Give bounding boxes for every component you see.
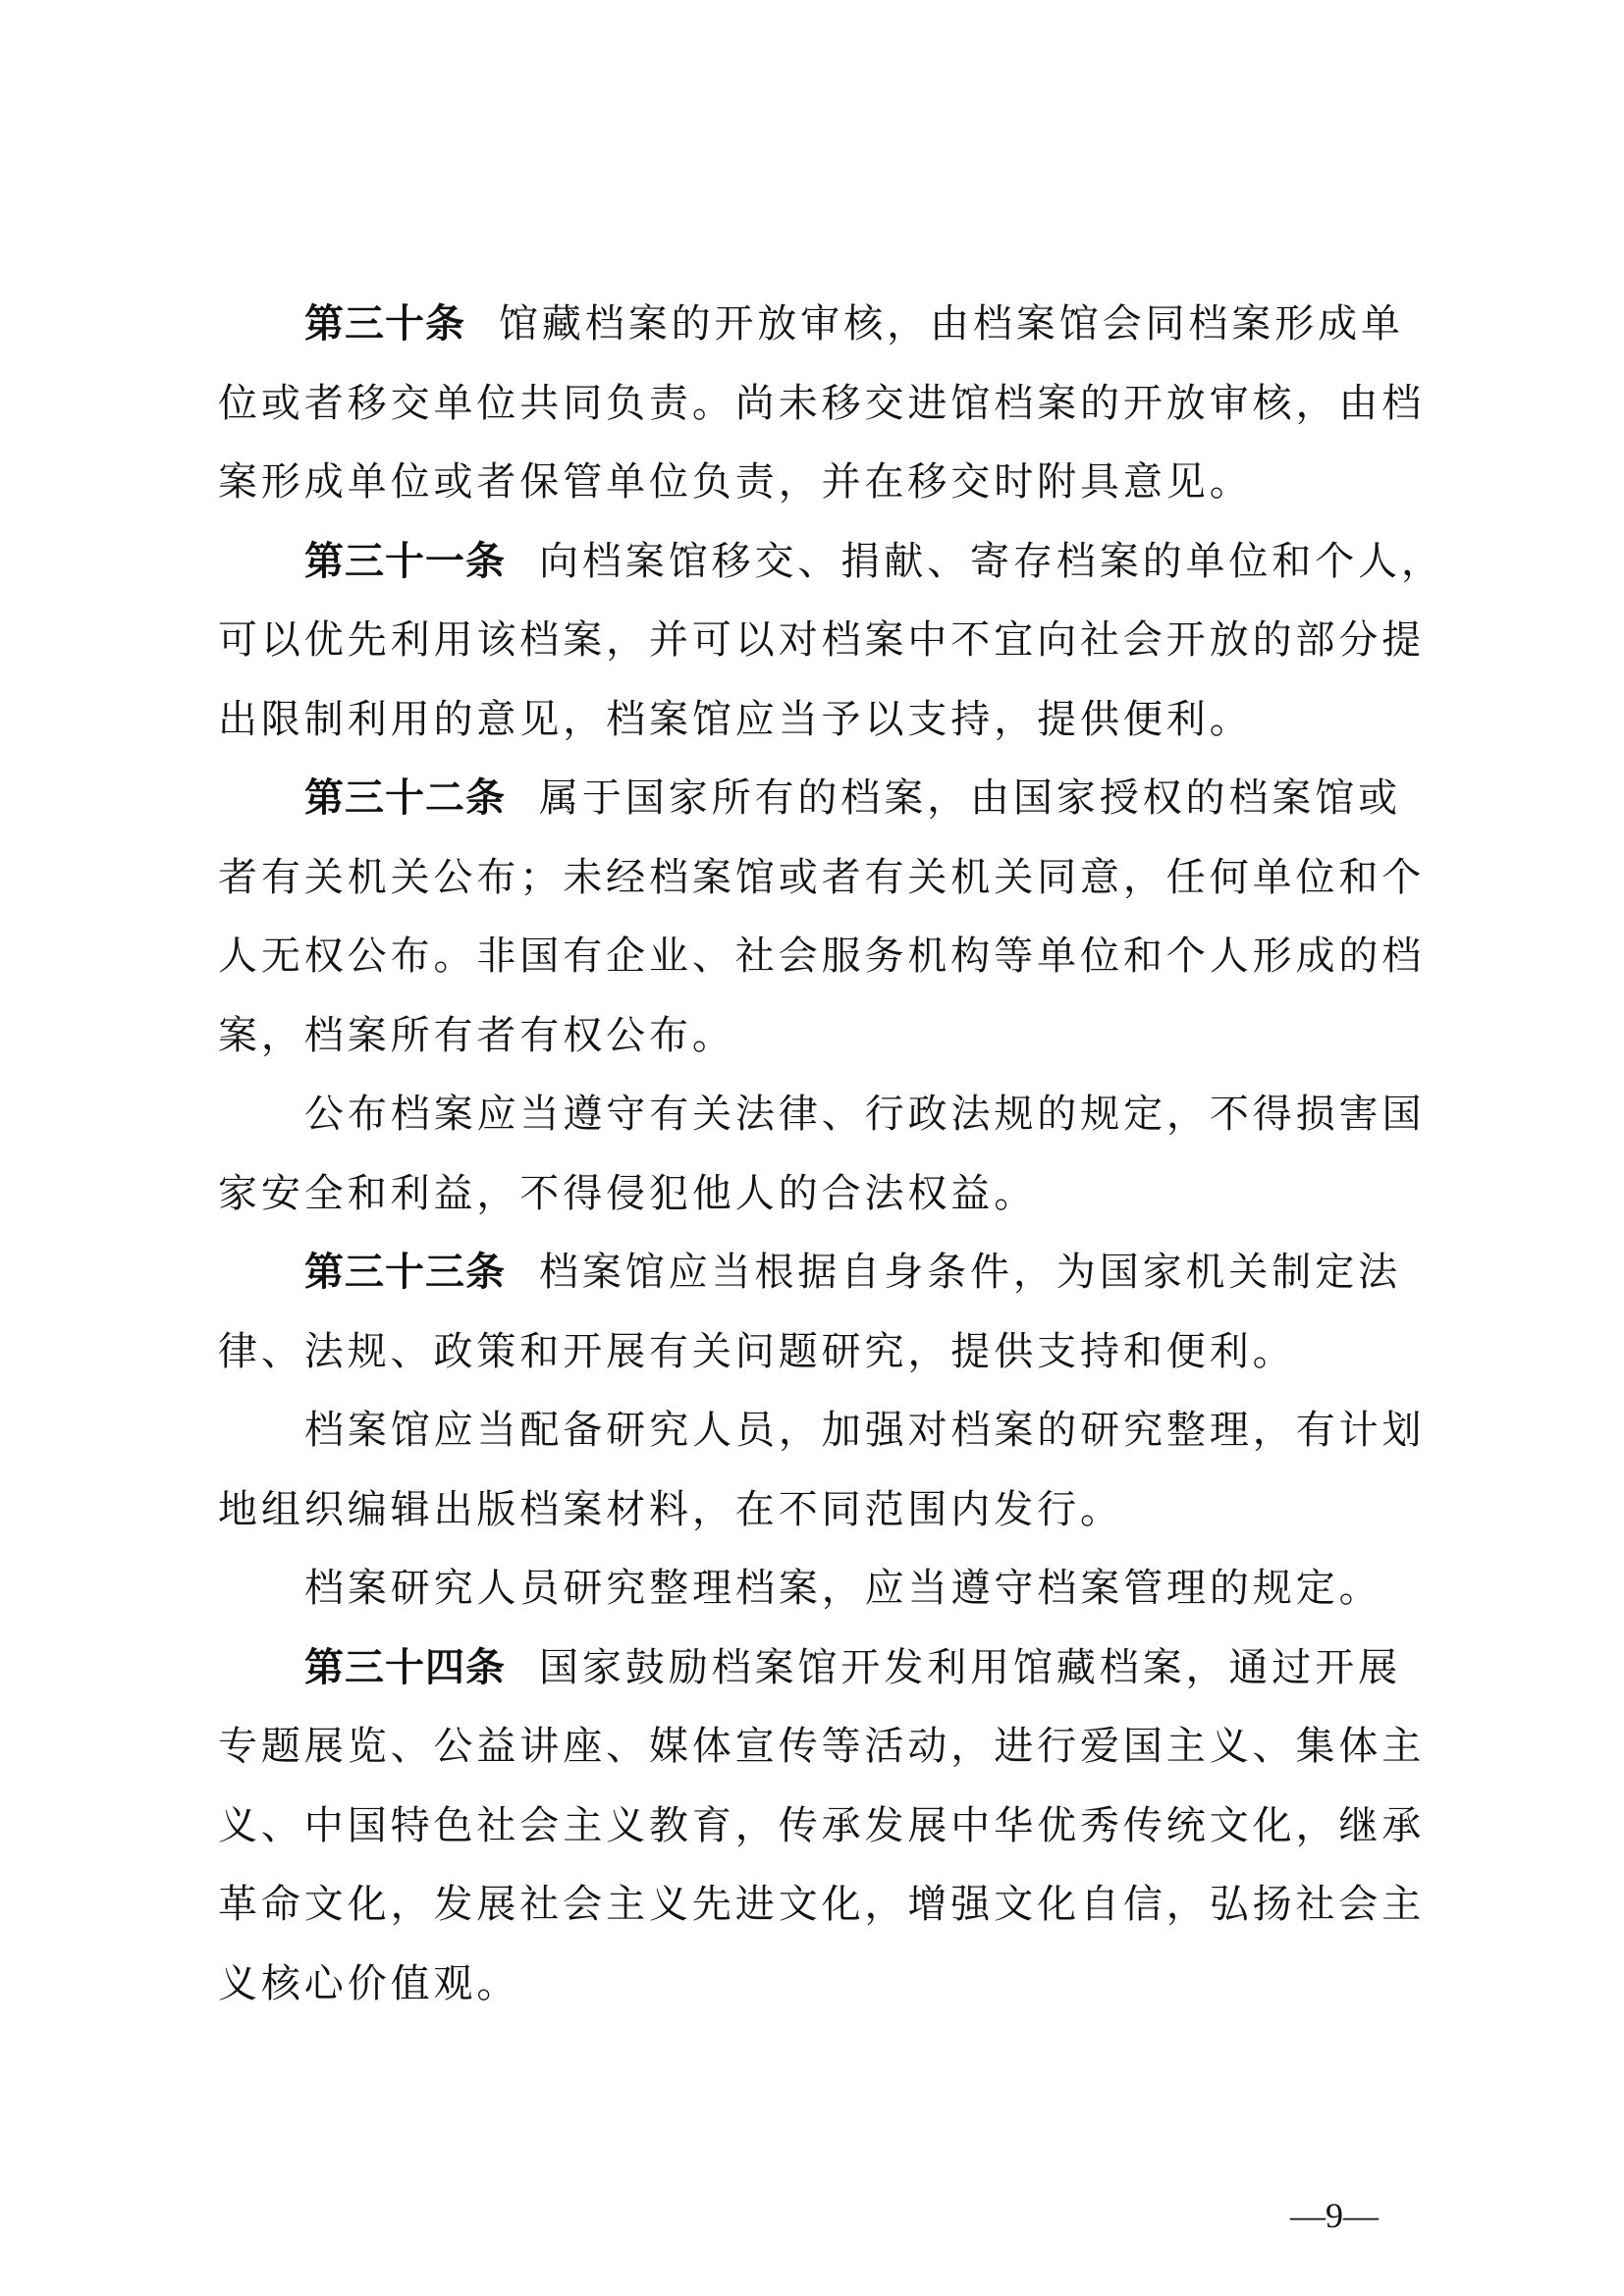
paragraph-article-31: 第三十一条向档案馆移交、捐献、寄存档案的单位和个人， 可以优先利用该档案，并可以…: [218, 534, 1428, 772]
article-number: 第三十四条: [304, 1645, 506, 1690]
paragraph-article-34: 第三十四条国家鼓励档案馆开发利用馆藏档案，通过开展 专题展览、公益讲座、媒体宣传…: [218, 1640, 1428, 2036]
paragraph-article-33-clause-3: 档案研究人员研究整理档案，应当遵守档案管理的规定。: [218, 1561, 1428, 1640]
paragraph-text: 向档案馆移交、捐献、寄存档案的单位和个人，: [539, 539, 1444, 584]
paragraph-line: 第三十三条档案馆应当根据自身条件，为国家机关制定法: [218, 1245, 1428, 1324]
paragraph-line: 革命文化，发展社会主义先进文化，增强文化自信，弘扬社会主: [218, 1877, 1428, 1956]
paragraph-line: 可以优先利用该档案，并可以对档案中不宜向社会开放的部分提: [218, 613, 1428, 692]
paragraph-article-30: 第三十条馆藏档案的开放审核，由档案馆会同档案形成单 位或者移交单位共同负责。尚未…: [218, 296, 1428, 534]
paragraph-line: 地组织编辑出版档案材料，在不同范围内发行。: [218, 1482, 1428, 1562]
paragraph-text: 馆藏档案的开放审核，由档案馆会同档案形成单: [499, 301, 1404, 347]
paragraph-article-33-clause-2: 档案馆应当配备研究人员，加强对档案的研究整理，有计划 地组织编辑出版档案材料，在…: [218, 1403, 1428, 1561]
paragraph-line: 第三十一条向档案馆移交、捐献、寄存档案的单位和个人，: [218, 534, 1428, 614]
document-body: 第三十条馆藏档案的开放审核，由档案馆会同档案形成单 位或者移交单位共同负责。尚未…: [218, 296, 1428, 2035]
paragraph-article-32-clause-2: 公布档案应当遵守有关法律、行政法规的规定，不得损害国 家安全和利益，不得侵犯他人…: [218, 1087, 1428, 1245]
paragraph-line: 律、法规、政策和开展有关问题研究，提供支持和便利。: [218, 1324, 1428, 1404]
paragraph-text: 国家鼓励档案馆开发利用馆藏档案，通过开展: [539, 1645, 1401, 1690]
paragraph-line: 家安全和利益，不得侵犯他人的合法权益。: [218, 1166, 1428, 1246]
paragraph-line: 档案馆应当配备研究人员，加强对档案的研究整理，有计划: [218, 1403, 1428, 1482]
paragraph-line: 义、中国特色社会主义教育，传承发展中华优秀传统文化，继承: [218, 1798, 1428, 1878]
paragraph-line: 公布档案应当遵守有关法律、行政法规的规定，不得损害国: [218, 1087, 1428, 1166]
paragraph-line: 位或者移交单位共同负责。尚未移交进馆档案的开放审核，由档: [218, 376, 1428, 455]
page-number: —9—: [1290, 2195, 1379, 2236]
article-number: 第三十二条: [304, 775, 506, 821]
paragraph-line: 人无权公布。非国有企业、社会服务机构等单位和个人形成的档: [218, 929, 1428, 1008]
paragraph-line: 专题展览、公益讲座、媒体宣传等活动，进行爱国主义、集体主: [218, 1719, 1428, 1798]
article-number: 第三十三条: [304, 1250, 506, 1295]
paragraph-article-33: 第三十三条档案馆应当根据自身条件，为国家机关制定法 律、法规、政策和开展有关问题…: [218, 1245, 1428, 1403]
paragraph-line: 第三十条馆藏档案的开放审核，由档案馆会同档案形成单: [218, 296, 1428, 376]
paragraph-line: 档案研究人员研究整理档案，应当遵守档案管理的规定。: [218, 1561, 1428, 1640]
paragraph-line: 第三十二条属于国家所有的档案，由国家授权的档案馆或: [218, 771, 1428, 850]
paragraph-text: 档案馆应当根据自身条件，为国家机关制定法: [539, 1250, 1401, 1295]
article-number: 第三十条: [304, 301, 465, 347]
paragraph-line: 出限制利用的意见，档案馆应当予以支持，提供便利。: [218, 692, 1428, 772]
paragraph-line: 者有关机关公布；未经档案馆或者有关机关同意，任何单位和个: [218, 850, 1428, 930]
paragraph-article-32: 第三十二条属于国家所有的档案，由国家授权的档案馆或 者有关机关公布；未经档案馆或…: [218, 771, 1428, 1087]
paragraph-line: 案形成单位或者保管单位负责，并在移交时附具意见。: [218, 454, 1428, 534]
paragraph-line: 案，档案所有者有权公布。: [218, 1008, 1428, 1088]
paragraph-line: 义核心价值观。: [218, 1956, 1428, 2036]
paragraph-text: 属于国家所有的档案，由国家授权的档案馆或: [539, 775, 1401, 821]
paragraph-line: 第三十四条国家鼓励档案馆开发利用馆藏档案，通过开展: [218, 1640, 1428, 1720]
article-number: 第三十一条: [304, 539, 506, 584]
